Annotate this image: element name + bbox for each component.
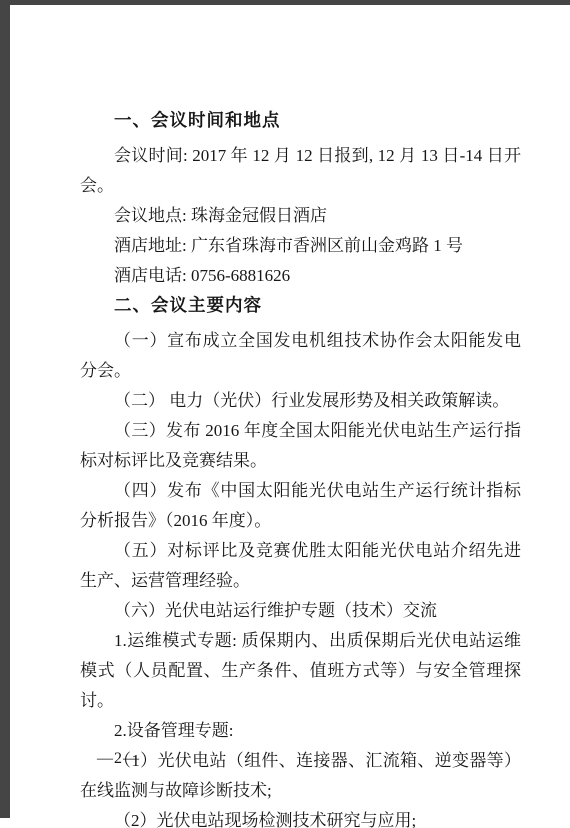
page-number: —2— bbox=[97, 750, 140, 768]
agenda-item-6: （六）光伏电站运行维护专题（技术）交流 bbox=[80, 596, 521, 626]
agenda-item-3: （三）发布 2016 年度全国太阳能光伏电站生产运行指标对标评比及竞赛结果。 bbox=[80, 416, 521, 476]
agenda-subitem-2-1: （1）光伏电站（组件、连接器、汇流箱、逆变器等）在线监测与故障诊断技术; bbox=[80, 746, 521, 806]
agenda-item-5: （五）对标评比及竞赛优胜太阳能光伏电站介绍先进生产、运营管理经验。 bbox=[80, 536, 521, 596]
hotel-address-line: 酒店地址: 广东省珠海市香洲区前山金鸡路 1 号 bbox=[80, 231, 521, 261]
meeting-place-line: 会议地点: 珠海金冠假日酒店 bbox=[80, 201, 521, 231]
agenda-item-4: （四）发布《中国太阳能光伏电站生产运行统计指标分析报告》（2016 年度）。 bbox=[80, 476, 521, 536]
agenda-subitem-1: 1.运维模式专题: 质保期内、出质保期后光伏电站运维模式（人员配置、生产条件、值… bbox=[80, 626, 521, 716]
scan-border-left bbox=[0, 0, 10, 818]
meeting-time-line: 会议时间: 2017 年 12 月 12 日报到, 12 月 13 日-14 日… bbox=[80, 141, 521, 201]
hotel-phone-line: 酒店电话: 0756-6881626 bbox=[80, 261, 521, 291]
document-body: 一、会议时间和地点 会议时间: 2017 年 12 月 12 日报到, 12 月… bbox=[80, 106, 521, 828]
agenda-subitem-2-2: （2）光伏电站现场检测技术研究与应用; bbox=[80, 806, 521, 828]
section-heading-1: 一、会议时间和地点 bbox=[80, 106, 521, 136]
section-heading-2: 二、会议主要内容 bbox=[80, 291, 521, 321]
agenda-subitem-2: 2.设备管理专题: bbox=[80, 716, 521, 746]
scanned-document-page: 一、会议时间和地点 会议时间: 2017 年 12 月 12 日报到, 12 月… bbox=[0, 0, 570, 828]
agenda-item-2: （二） 电力（光伏）行业发展形势及相关政策解读。 bbox=[80, 386, 521, 416]
agenda-item-1: （一）宣布成立全国发电机组技术协作会太阳能发电分会。 bbox=[80, 326, 521, 386]
scan-border-top bbox=[0, 0, 570, 5]
